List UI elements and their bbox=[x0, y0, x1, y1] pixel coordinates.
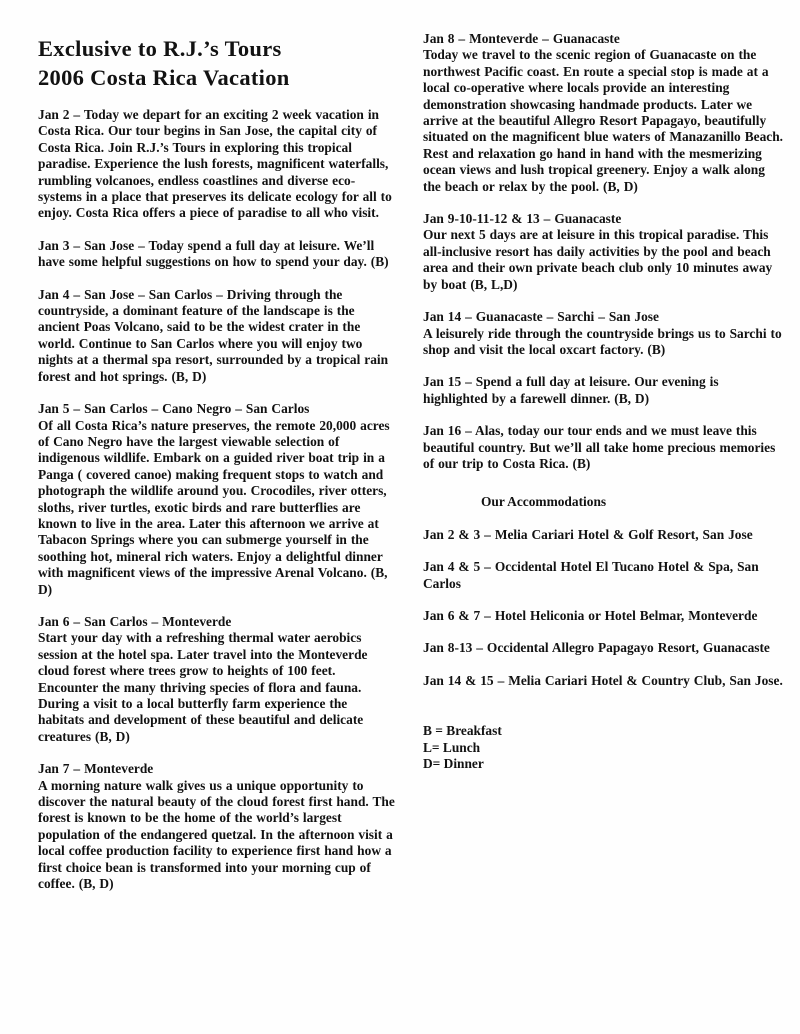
accommodation-item-jan6-7: Jan 6 & 7 – Hotel Heliconia or Hotel Bel… bbox=[423, 608, 786, 624]
accommodations-heading: Our Accommodations bbox=[481, 494, 786, 510]
paragraph-body: A leisurely ride through the countryside… bbox=[423, 326, 782, 357]
itinerary-paragraph-jan3: Jan 3 – San Jose – Today spend a full da… bbox=[38, 238, 396, 271]
two-column-layout: Exclusive to R.J.’s Tours 2006 Costa Ric… bbox=[0, 0, 800, 908]
itinerary-paragraph-jan9-13: Jan 9-10-11-12 & 13 – Guanacaste Our nex… bbox=[423, 211, 786, 293]
paragraph-heading: Jan 9-10-11-12 & 13 – Guanacaste bbox=[423, 211, 786, 227]
legend-dinner: D= Dinner bbox=[423, 756, 786, 772]
meal-legend: B = Breakfast L= Lunch D= Dinner bbox=[423, 723, 786, 772]
page-title-line1: Exclusive to R.J.’s Tours bbox=[38, 34, 396, 63]
accommodation-item-jan2-3: Jan 2 & 3 – Melia Cariari Hotel & Golf R… bbox=[423, 527, 786, 543]
itinerary-paragraph-jan4: Jan 4 – San Jose – San Carlos – Driving … bbox=[38, 287, 396, 385]
paragraph-body: A morning nature walk gives us a unique … bbox=[38, 778, 395, 891]
paragraph-body: Of all Costa Rica’s nature preserves, th… bbox=[38, 418, 390, 597]
itinerary-column-left: Exclusive to R.J.’s Tours 2006 Costa Ric… bbox=[38, 30, 396, 908]
legend-breakfast: B = Breakfast bbox=[423, 723, 786, 739]
paragraph-body: Jan 4 – San Jose – San Carlos – Driving … bbox=[38, 287, 388, 384]
paragraph-body: Our next 5 days are at leisure in this t… bbox=[423, 227, 772, 291]
itinerary-paragraph-jan7: Jan 7 – Monteverde A morning nature walk… bbox=[38, 761, 396, 892]
paragraph-body: Jan 16 – Alas, today our tour ends and w… bbox=[423, 423, 775, 471]
paragraph-body: Jan 2 – Today we depart for an exciting … bbox=[38, 107, 392, 220]
paragraph-body: Today we travel to the scenic region of … bbox=[423, 47, 783, 193]
itinerary-paragraph-jan15: Jan 15 – Spend a full day at leisure. Ou… bbox=[423, 374, 786, 407]
legend-lunch: L= Lunch bbox=[423, 740, 786, 756]
page-title: Exclusive to R.J.’s Tours 2006 Costa Ric… bbox=[38, 34, 396, 92]
itinerary-paragraph-jan2: Jan 2 – Today we depart for an exciting … bbox=[38, 107, 396, 222]
paragraph-body: Start your day with a refreshing thermal… bbox=[38, 630, 367, 743]
page-title-line2: 2006 Costa Rica Vacation bbox=[38, 63, 396, 92]
document-page: Exclusive to R.J.’s Tours 2006 Costa Ric… bbox=[0, 0, 800, 1034]
itinerary-paragraph-jan5: Jan 5 – San Carlos – Cano Negro – San Ca… bbox=[38, 401, 396, 598]
paragraph-heading: Jan 8 – Monteverde – Guanacaste bbox=[423, 31, 786, 47]
paragraph-body: Jan 3 – San Jose – Today spend a full da… bbox=[38, 238, 389, 269]
paragraph-heading: Jan 5 – San Carlos – Cano Negro – San Ca… bbox=[38, 401, 396, 417]
paragraph-body: Jan 15 – Spend a full day at leisure. Ou… bbox=[423, 374, 719, 405]
itinerary-paragraph-jan16: Jan 16 – Alas, today our tour ends and w… bbox=[423, 423, 786, 472]
itinerary-paragraph-jan6: Jan 6 – San Carlos – Monteverde Start yo… bbox=[38, 614, 396, 745]
accommodation-item-jan4-5: Jan 4 & 5 – Occidental Hotel El Tucano H… bbox=[423, 559, 786, 592]
accommodation-item-jan8-13: Jan 8-13 – Occidental Allegro Papagayo R… bbox=[423, 640, 786, 656]
paragraph-heading: Jan 14 – Guanacaste – Sarchi – San Jose bbox=[423, 309, 786, 325]
accommodation-item-jan14-15: Jan 14 & 15 – Melia Cariari Hotel & Coun… bbox=[423, 673, 786, 689]
itinerary-column-right: Jan 8 – Monteverde – Guanacaste Today we… bbox=[423, 30, 786, 908]
itinerary-paragraph-jan8: Jan 8 – Monteverde – Guanacaste Today we… bbox=[423, 31, 786, 195]
paragraph-heading: Jan 7 – Monteverde bbox=[38, 761, 396, 777]
paragraph-heading: Jan 6 – San Carlos – Monteverde bbox=[38, 614, 396, 630]
itinerary-paragraph-jan14: Jan 14 – Guanacaste – Sarchi – San Jose … bbox=[423, 309, 786, 358]
